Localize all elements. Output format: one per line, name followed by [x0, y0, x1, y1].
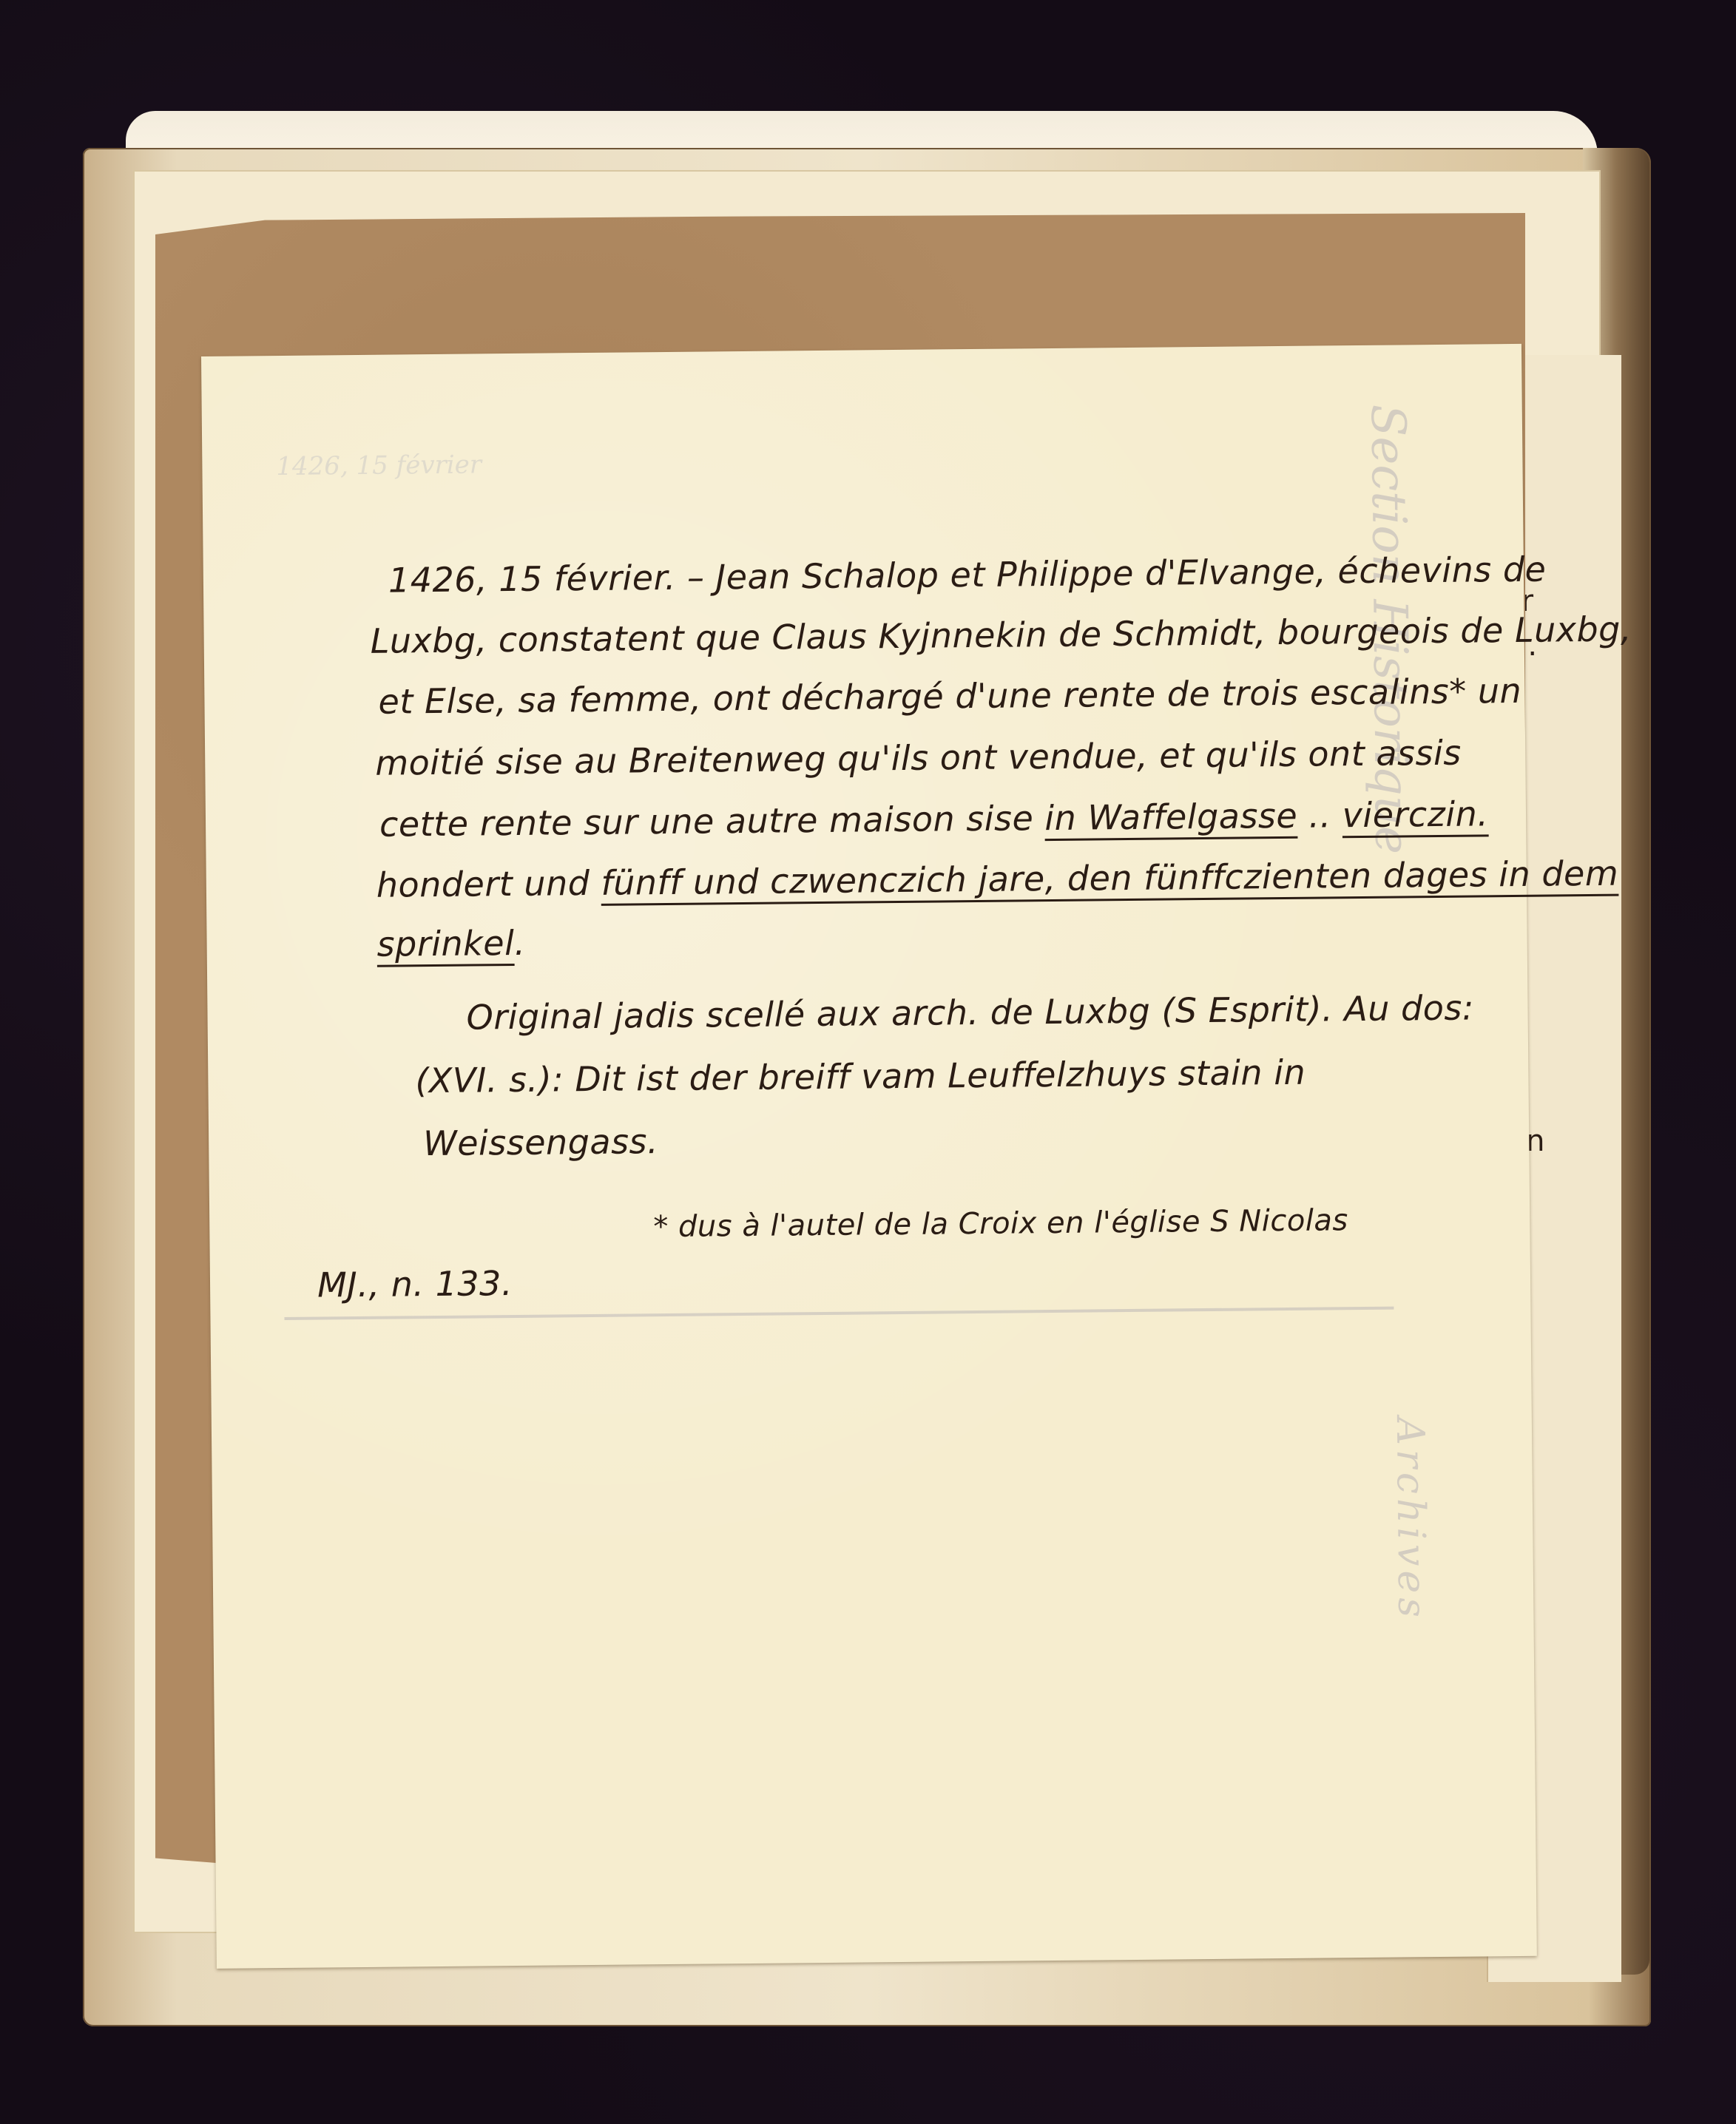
source-line-2: (XVI. s.): Dit ist der breiff vam Leuffe… — [415, 1052, 1306, 1101]
underlined-street-name: in Waffelgasse — [1044, 796, 1297, 838]
handwritten-note-sheet: 1426, 15 février Section Historique Arch… — [201, 344, 1537, 1969]
faint-stamp-archives: Archives — [1388, 1417, 1434, 1622]
body-line-5-text: cette rente sur une autre maison sise — [379, 798, 1034, 844]
body-line-3: et Else, sa femme, ont déchargé d'une re… — [378, 671, 1521, 722]
reference-number: MJ., n. 133. — [317, 1263, 513, 1305]
source-line-3: Weissengass. — [423, 1121, 658, 1163]
body-line-4: moitié sise au Breitenweg qu'ils ont ven… — [375, 733, 1462, 783]
source-line-1: Original jadis scellé aux arch. de Luxbg… — [466, 988, 1474, 1038]
underlined-vierczin: vierczin. — [1342, 794, 1488, 835]
body-line-5: cette rente sur une autre maison sise in… — [379, 794, 1489, 844]
bleed-through-rule — [284, 1307, 1394, 1320]
bleed-through-text: 1426, 15 février — [276, 450, 482, 481]
body-line-2: Luxbg, constatent que Claus Kyjnnekin de… — [370, 609, 1632, 660]
ellipsis: .. — [1308, 795, 1331, 835]
underlined-quote: fünff und czwenczich jare, den fünffczie… — [601, 853, 1618, 903]
body-line-6-prefix: hondert und — [376, 863, 601, 905]
footnote: * dus à l'autel de la Croix en l'église … — [653, 1203, 1348, 1244]
underlined-sprinkel: sprinkel — [376, 923, 514, 964]
body-line-7: sprinkel. — [376, 923, 525, 964]
body-line-6: hondert und fünff und czwenczich jare, d… — [376, 853, 1619, 905]
